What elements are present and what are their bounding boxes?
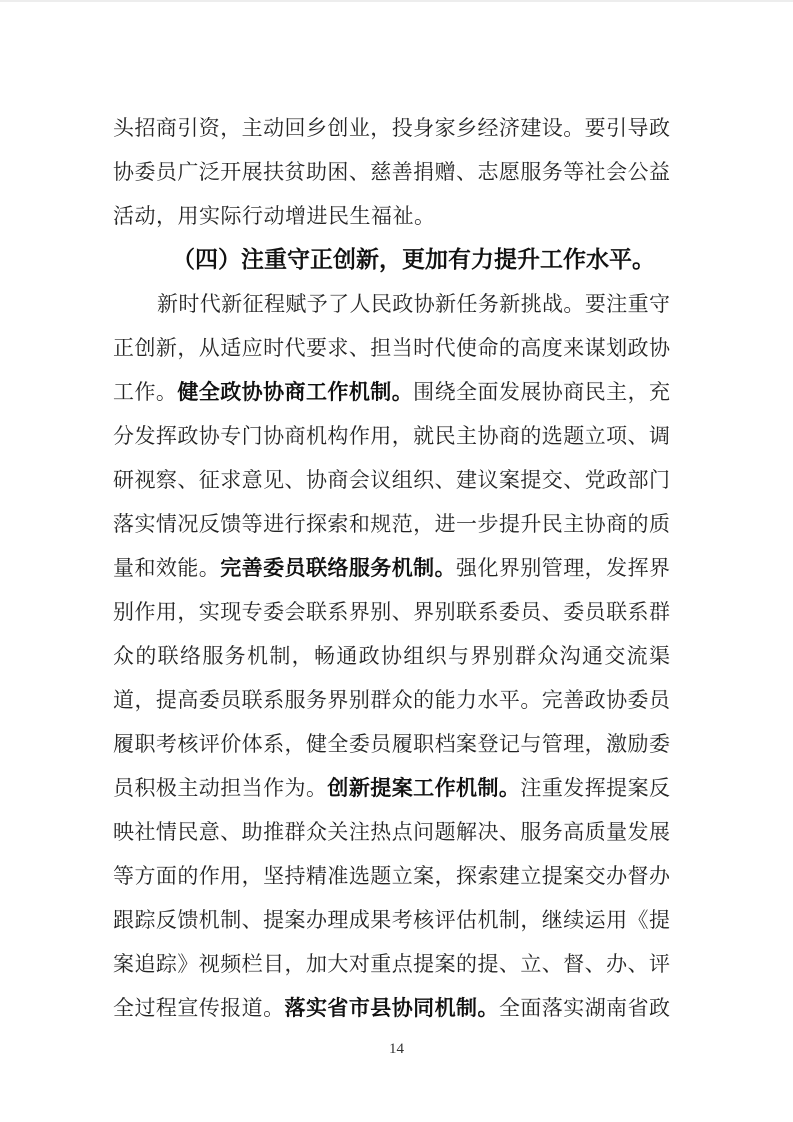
text-run: 全面落实湖南省政 [499,996,670,1020]
text-run: 别作用，实现专委会联系界别、界别联系委员、委员联系群 [113,600,670,624]
text-run: 映社情民意、助推群众关注热点问题解决、服务高质量发展 [113,820,670,844]
text-run: 案追踪》视频栏目，加大对重点提案的提、立、督、办、评 [113,952,670,976]
text-run: 全过程宣传报道。 [113,996,285,1020]
text-line: 道，提高委员联系服务界别群众的能力水平。完善政协委员 [113,678,670,722]
text-run: 围绕全面发展协商民主，充 [413,380,670,404]
text-run: 落实情况反馈等进行探索和规范，进一步提升民主协商的质 [113,512,670,536]
bold-phrase: （四）注重守正创新，更加有力提升工作水平。 [172,247,655,273]
page-number: 14 [0,1038,793,1060]
text-run: 强化界别管理，发挥界 [456,556,670,580]
text-line: 员积极主动担当作为。创新提案工作机制。注重发挥提案反 [113,766,670,810]
text-run: 众的联络服务机制，畅通政协组织与界别群众沟通交流渠 [113,644,670,668]
bold-phrase: 健全政协协商工作机制。 [177,380,413,404]
bold-phrase: 完善委员联络服务机制。 [220,556,456,580]
text-line: 协委员广泛开展扶贫助困、慈善捐赠、志愿服务等社会公益 [113,150,670,194]
text-line: 履职考核评价体系，健全委员履职档案登记与管理，激励委 [113,722,670,766]
text-line: 工作。健全政协协商工作机制。围绕全面发展协商民主，充 [113,370,670,414]
text-run: 员积极主动担当作为。 [113,776,327,800]
bold-phrase: 落实省市县协同机制。 [285,996,499,1020]
text-line: 案追踪》视频栏目，加大对重点提案的提、立、督、办、评 [113,942,670,986]
text-run: 注重发挥提案反 [520,776,670,800]
text-run: 分发挥政协专门协商机构作用，就民主协商的选题立项、调 [113,424,670,448]
text-line: 分发挥政协专门协商机构作用，就民主协商的选题立项、调 [113,414,670,458]
text-line: 活动，用实际行动增进民生福祉。 [113,194,670,238]
text-run: 工作。 [113,380,177,404]
text-line: 研视察、征求意见、协商会议组织、建议案提交、党政部门 [113,458,670,502]
text-line: 新时代新征程赋予了人民政协新任务新挑战。要注重守 [113,282,670,326]
text-line: 跟踪反馈机制、提案办理成果考核评估机制，继续运用《提 [113,898,670,942]
text-block: 头招商引资，主动回乡创业，投身家乡经济建设。要引导政协委员广泛开展扶贫助困、慈善… [113,106,670,1030]
text-run: 活动，用实际行动增进民生福祉。 [113,204,436,228]
text-run: 协委员广泛开展扶贫助困、慈善捐赠、志愿服务等社会公益 [113,160,670,184]
text-run: 正创新，从适应时代要求、担当时代使命的高度来谋划政协 [113,336,670,360]
text-line: 头招商引资，主动回乡创业，投身家乡经济建设。要引导政 [113,106,670,150]
text-run: 等方面的作用，坚持精准选题立案，探索建立提案交办督办 [113,864,670,888]
text-line: 映社情民意、助推群众关注热点问题解决、服务高质量发展 [113,810,670,854]
text-line: 全过程宣传报道。落实省市县协同机制。全面落实湖南省政 [113,986,670,1030]
text-line: 等方面的作用，坚持精准选题立案，探索建立提案交办督办 [113,854,670,898]
text-line: 众的联络服务机制，畅通政协组织与界别群众沟通交流渠 [113,634,670,678]
text-run: 量和效能。 [113,556,220,580]
document-page: 头招商引资，主动回乡创业，投身家乡经济建设。要引导政协委员广泛开展扶贫助困、慈善… [0,0,793,1122]
text-run: 研视察、征求意见、协商会议组织、建议案提交、党政部门 [113,468,670,492]
text-run: 头招商引资，主动回乡创业，投身家乡经济建设。要引导政 [113,116,670,140]
text-line: 正创新，从适应时代要求、担当时代使命的高度来谋划政协 [113,326,670,370]
section-heading: （四）注重守正创新，更加有力提升工作水平。 [113,238,670,282]
text-line: 落实情况反馈等进行探索和规范，进一步提升民主协商的质 [113,502,670,546]
bold-phrase: 创新提案工作机制。 [327,776,520,800]
text-run: 道，提高委员联系服务界别群众的能力水平。完善政协委员 [113,688,670,712]
text-line: 别作用，实现专委会联系界别、界别联系委员、委员联系群 [113,590,670,634]
text-run: 新时代新征程赋予了人民政协新任务新挑战。要注重守 [157,292,670,316]
text-run: 履职考核评价体系，健全委员履职档案登记与管理，激励委 [113,732,670,756]
text-run: 跟踪反馈机制、提案办理成果考核评估机制，继续运用《提 [113,908,670,932]
text-line: 量和效能。完善委员联络服务机制。强化界别管理，发挥界 [113,546,670,590]
